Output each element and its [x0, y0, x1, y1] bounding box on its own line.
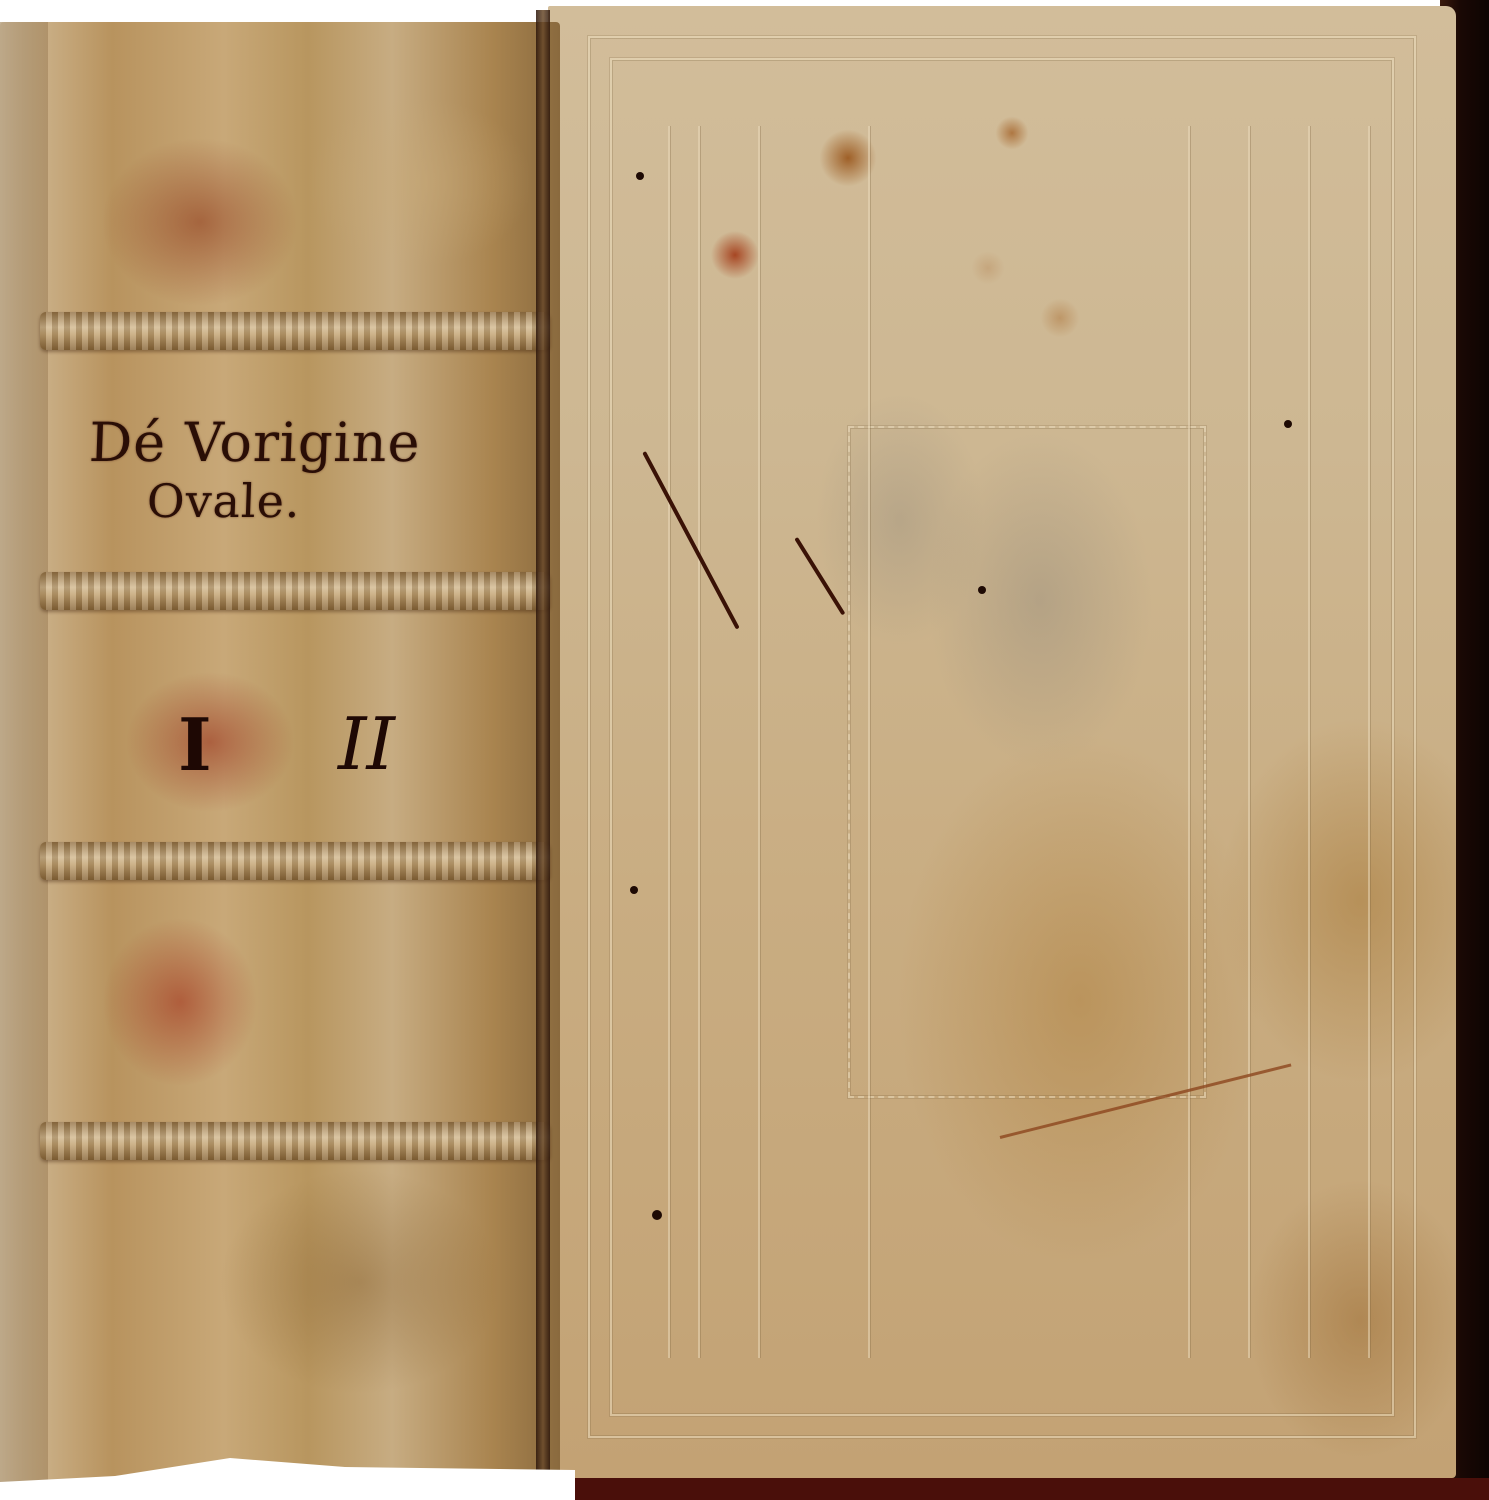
volume-label-2: II	[338, 702, 395, 786]
ink-dot	[630, 886, 638, 894]
spine-title: Dé Vorigine Ovale.	[86, 414, 510, 530]
blind-tooled-panel	[848, 426, 1206, 1098]
spine-hinge	[536, 10, 550, 1480]
front-cover	[548, 6, 1456, 1478]
tooled-line	[668, 126, 670, 1358]
spine-edge	[0, 22, 48, 1482]
ink-dot	[978, 586, 986, 594]
ink-dot	[1284, 420, 1292, 428]
book-photograph: Dé Vorigine Ovale. I II	[0, 0, 1489, 1500]
tooled-line	[1368, 126, 1370, 1358]
raised-band	[40, 1122, 550, 1160]
ink-dot	[636, 172, 644, 180]
tooled-line	[1308, 126, 1310, 1358]
tooled-line	[1248, 126, 1250, 1358]
ink-dot	[652, 1210, 662, 1220]
spine-title-line-2: Ovale.	[86, 472, 508, 530]
tooled-line	[868, 126, 870, 1358]
raised-band	[40, 842, 550, 880]
tooled-line	[698, 126, 700, 1358]
raised-band	[40, 312, 550, 350]
volume-label-1: I	[178, 702, 212, 787]
tooled-line	[758, 126, 760, 1358]
book-spine: Dé Vorigine Ovale. I II	[0, 22, 560, 1482]
dark-background-bottom	[575, 1478, 1489, 1500]
spine-title-line-1: Dé Vorigine	[88, 411, 422, 474]
raised-band	[40, 572, 550, 610]
tooled-line	[1188, 126, 1190, 1358]
